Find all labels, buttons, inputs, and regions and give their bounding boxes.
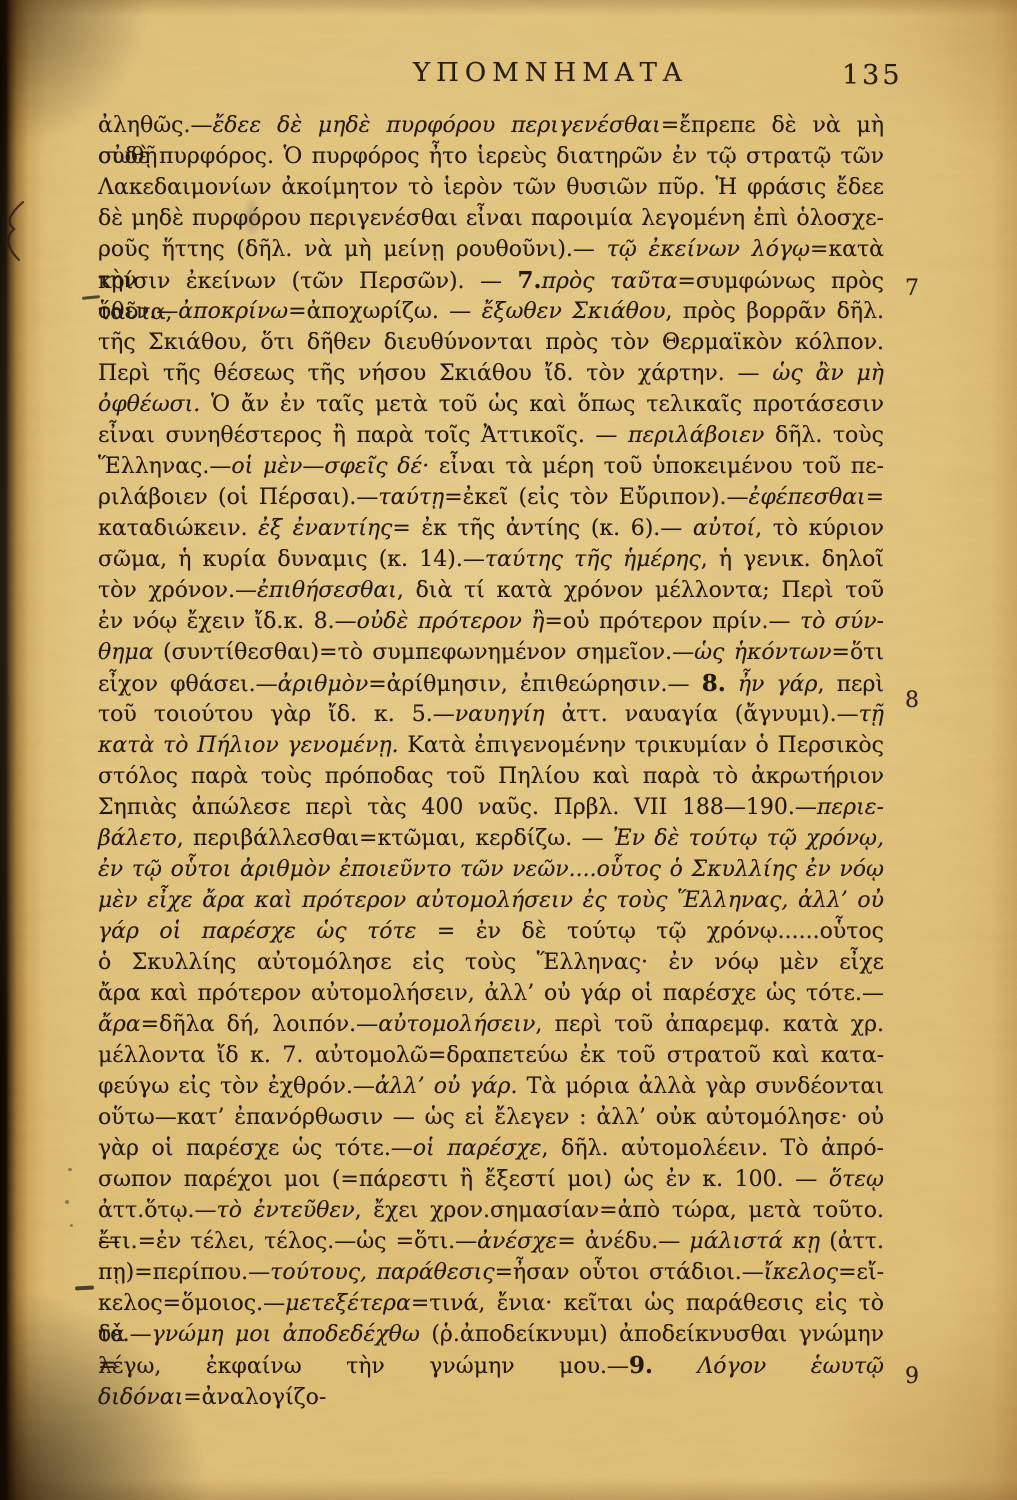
- paper-speck: [68, 1168, 72, 1171]
- text-segment: ἔδεε δὲ μηδὲ πυρφόρου περιγενέσθαι: [212, 113, 660, 138]
- text-line: καταδιώκειν. ἐξ ἐναντίης= ἐκ τῆς ἀντίης …: [98, 513, 884, 544]
- text-segment: =ἀρίθμησιν, ἐπιθεώρησιν.—: [368, 672, 701, 697]
- text-segment: πῃ)=περίπου.—: [98, 1260, 270, 1285]
- text-line: ὁ Σκυλλίης αὐτομόλησε εἰς τοὺς Ἕλληνας· …: [98, 947, 884, 978]
- text-segment: κελος=ὅμοιος.—: [98, 1291, 285, 1316]
- text-segment: Ἐν δὲ τούτῳ τῷ χρόνῳ,: [613, 826, 884, 851]
- text-segment: ἔτι.=ἐν τέλει, τέλος.—ὡς =ὅτι.—: [98, 1229, 477, 1254]
- text-segment: ἀνέσχε: [477, 1229, 557, 1254]
- text-line: Σηπιὰς ἀπώλεσε περὶ τὰς 400 ναῦς. Πρβλ. …: [98, 792, 884, 823]
- text-segment: δῆλ. τοὺς: [764, 423, 884, 448]
- text-segment: ριλάβοιεν (οἱ Πέρσαι).—: [98, 485, 378, 510]
- text-segment: τὸ σύν-: [800, 609, 884, 634]
- text-segment: ἀλλ’ οὐ γάρ.: [375, 1074, 518, 1099]
- paper-speck: [70, 1224, 73, 1227]
- text-segment: ὁ Σκυλλίης αὐτομόλησε εἰς τοὺς Ἕλληνας· …: [98, 950, 884, 975]
- text-segment: ἐξ ἐναντίης: [258, 516, 392, 541]
- text-segment: ἐφέπεσθαι: [749, 485, 866, 510]
- text-segment: τῆς Σκιάθου, ὅτι δῆθεν διευθύνονται πρὸς…: [98, 330, 884, 355]
- text-segment: , περὶ τοῦ ἀπαρεμφ. κατὰ χρ.: [535, 1012, 884, 1037]
- text-segment: ἄρα: [98, 1012, 141, 1037]
- text-line: ἐν νόῳ ἔχειν ἴδ.κ. 8.—οὐδὲ πρότερον ἢ=οὐ…: [98, 606, 884, 637]
- text-segment: θημα: [98, 640, 154, 665]
- text-segment: =εἴ-: [838, 1260, 884, 1285]
- text-line: ἔτι.=ἐν τέλει, τέλος.—ὡς =ὅτι.—ἀνέσχε= ἀ…: [98, 1226, 884, 1257]
- text-segment: οἱ παρέσχε: [413, 1136, 542, 1161]
- text-segment: γνώμη μοι ἀποδεδέχθω: [152, 1322, 420, 1347]
- text-segment: μὲν εἶχε ἄρα καὶ πρότερον αὐτομολήσειν ἐ…: [98, 888, 884, 913]
- text-segment: τοῦ τοιούτου γὰρ ἴδ. κ. 5.—: [98, 702, 455, 727]
- text-line: ὅθεν.—ἀποκρίνω=ἀποχωρίζω. — ἔξωθεν Σκιάθ…: [98, 296, 884, 327]
- text-segment: ἀττ. ναυαγία (ἄγνυμι).—: [545, 702, 859, 727]
- text-line: κατὰ τὸ Πήλιον γενομένῃ. Κατὰ ἐπιγενομέν…: [98, 730, 884, 761]
- text-segment: λέγω, ἐκφαίνω τὴν γνώμην μου.—: [98, 1354, 629, 1379]
- text-line: τὸν χρόνον.—ἐπιθήσεσθαι, διὰ τί κατὰ χρό…: [98, 575, 884, 606]
- text-line: στόλος παρὰ τοὺς πρόποδας τοῦ Πηλίου καὶ…: [98, 761, 884, 792]
- text-line: ἄρα καὶ πρότερον αὐτομολήσειν, ἀλλ’ οὐ γ…: [98, 978, 884, 1009]
- text-segment: πρὸς ταῦτα: [542, 269, 678, 294]
- text-line: λέγω, ἐκφαίνω τὴν γνώμην μου.—9. Λόγον ἑ…: [98, 1350, 884, 1381]
- margin-section-number-8: 8: [894, 688, 930, 713]
- ink-stain-mark: [243, 196, 261, 238]
- text-line: φεύγω εἰς τὸν ἐχθρόν.—ἀλλ’ οὐ γάρ. Τὰ μό…: [98, 1071, 884, 1102]
- text-segment: , περιβάλλεσθαι=κτῶμαι, κερδίζω. —: [177, 826, 613, 851]
- text-line: εἶναι συνηθέστερος ἢ παρὰ τοῖς Ἀττικοῖς.…: [98, 420, 884, 451]
- margin-section-number-7: 7: [894, 276, 930, 301]
- text-segment: [653, 1354, 697, 1379]
- text-segment: εἶχον φθάσει.—: [98, 672, 278, 697]
- text-segment: ἀποκρίνω: [178, 299, 288, 324]
- text-segment: , πρὸς βορρᾶν δῆλ.: [666, 299, 884, 324]
- text-segment: =ἀποχωρίζω. —: [288, 299, 481, 324]
- text-line: σῶμα, ἡ κυρία δυναμις (κ. 14).—ταύτης τῆ…: [98, 544, 884, 575]
- page-edge-crease: [0, 196, 32, 268]
- text-segment: σῶμα, ἡ κυρία δυναμις (κ. 14).—: [98, 547, 485, 572]
- text-line: εἶχον φθάσει.—ἀριθμὸν=ἀρίθμησιν, ἐπιθεώρ…: [98, 668, 884, 699]
- text-segment: μάλιστά κῃ: [689, 1229, 820, 1254]
- text-segment: ταύτῃ: [378, 485, 444, 510]
- text-segment: ὀφθέωσι.: [98, 392, 200, 417]
- text-segment: ἴκελος: [764, 1260, 838, 1285]
- text-segment: τὸν χρόνον.—: [98, 578, 257, 603]
- text-line: γάρ οἱ παρέσχε ὡς τότε = ἐν δὲ τούτῳ τῷ …: [98, 916, 884, 947]
- text-segment: Ἕλληνας.—: [98, 454, 231, 479]
- text-line: ὀφθέωσι. Ὁ ἄν ἐν ταῖς μετὰ τοῦ ὡς καὶ ὅπ…: [98, 389, 884, 420]
- text-segment: οὐδὲ πυρφόρος. Ὁ πυρφόρος ἦτο ἱερεὺς δια…: [98, 144, 884, 169]
- text-segment: =: [866, 485, 884, 510]
- text-segment: , δῆλ. αὐτομολέειν. Τὸ ἀπρό-: [542, 1136, 885, 1161]
- text-segment: , ἡ γενικ. δηλοῖ: [701, 547, 884, 572]
- text-segment: τούτους, παράθεσις: [270, 1260, 494, 1285]
- text-segment: ὅτεῳ: [829, 1167, 884, 1192]
- text-line: οὐδὲ πυρφόρος. Ὁ πυρφόρος ἦτο ἱερεὺς δια…: [98, 141, 884, 172]
- text-line: ἐν τῷ οὗτοι ἀριθμὸν ἐποιεῦντο τῶν νεῶν..…: [98, 854, 884, 885]
- text-line: οὕτω—κατ’ ἐπανόρθωσιν — ὡς εἰ ἔλεγεν : ἀ…: [98, 1102, 884, 1133]
- text-segment: (ἀττ.: [820, 1229, 884, 1254]
- text-line: γὰρ οἱ παρέσχε ὡς τότε.—οἱ παρέσχε, δῆλ.…: [98, 1133, 884, 1164]
- text-segment: σωπον παρέχοι μοι (=πάρεστι ἢ ἔξεστί μοι…: [98, 1167, 829, 1192]
- text-line: ριλάβοιεν (οἱ Πέρσαι).—ταύτῃ=ἐκεῖ (εἰς τ…: [98, 482, 884, 513]
- text-segment: ἐπιθήσεσθαι: [257, 578, 397, 603]
- text-segment: κατὰ τὸ Πήλιον γενομένῃ.: [98, 733, 399, 758]
- text-segment: φεύγω εἰς τὸν ἐχθρόν.—: [98, 1074, 375, 1099]
- text-segment: τῷ ἐκείνων λόγῳ: [607, 237, 810, 262]
- text-segment: εἶναι συνηθέστερος ἢ παρὰ τοῖς Ἀττικοῖς.…: [98, 423, 628, 448]
- text-line: ροῦς ἥττης (δῆλ. νὰ μὴ μείνῃ ρουθοῦνι).—…: [98, 234, 884, 265]
- text-segment: Κατὰ ἐπιγενομένην τρικυμίαν ὁ Περσικὸς: [399, 733, 884, 758]
- text-segment: Τὰ μόρια ἀλλὰ γὰρ συνδέονται: [517, 1074, 884, 1099]
- text-line: ἄρα=δῆλα δή, λοιπόν.—αὐτομολήσειν, περὶ …: [98, 1009, 884, 1040]
- text-segment: γὰρ οἱ παρέσχε ὡς τότε.—: [98, 1136, 413, 1161]
- text-line: κρίσιν ἐκείνων (τῶν Περσῶν). — 7.πρὸς τα…: [98, 265, 884, 296]
- text-segment: αὐτομολήσειν: [378, 1012, 535, 1037]
- text-segment: οὕτω—κατ’ ἐπανόρθωσιν — ὡς εἰ ἔλεγεν : ἀ…: [98, 1105, 884, 1130]
- text-segment: (συντίθεσθαι)=τὸ συμπεφωνημένον σημεῖον.…: [154, 640, 695, 665]
- pencil-dash-mark: [75, 1286, 94, 1290]
- text-line: Λακεδαιμονίων ἀκοίμητον τὸ ἱερὸν τῶν θυσ…: [98, 172, 884, 203]
- text-segment: [726, 672, 738, 697]
- section-number: 9.: [629, 1352, 653, 1379]
- text-line: πῃ)=περίπου.—τούτους, παράθεσις=ἦσαν οὗτ…: [98, 1257, 884, 1288]
- text-line: ἀττ.ὅτῳ.—τὸ ἐντεῦθεν, ἔχει χρον.σημασίαν…: [98, 1195, 884, 1226]
- body-text: ἀληθῶς.—ἔδεε δὲ μηδὲ πυρφόρου περιγενέσθ…: [98, 110, 884, 1381]
- text-line: τοῦ τοιούτου γὰρ ἴδ. κ. 5.—ναυηγίη ἀττ. …: [98, 699, 884, 730]
- text-segment: κρίσιν ἐκείνων (τῶν Περσῶν). —: [98, 269, 518, 294]
- text-segment: ὡς ἂν μὴ: [772, 361, 884, 386]
- text-segment: αὐτοί: [693, 516, 755, 541]
- text-segment: καταδιώκειν.: [98, 516, 258, 541]
- text-segment: ἔξωθεν Σκιάθου: [482, 299, 666, 324]
- text-segment: =ἦσαν οὗτοι στάδιοι.—: [495, 1260, 764, 1285]
- text-line: δέ.—γνώμη μοι ἀποδεδέχθω (ῥ.ἀποδείκνυμι)…: [98, 1319, 884, 1350]
- text-segment: βάλετο: [98, 826, 177, 851]
- text-segment: = ἐν δὲ τούτῳ τῷ χρόνῳ......οὗτος: [416, 919, 884, 944]
- text-segment: , περὶ: [817, 672, 884, 697]
- text-segment: =ἀναλογίζο-: [183, 1385, 326, 1410]
- text-segment: Λακεδαιμονίων ἀκοίμητον τὸ ἱερὸν τῶν θυσ…: [98, 175, 884, 200]
- text-segment: =ἐκεῖ (εἰς τὸν Εὔριπον).—: [444, 485, 748, 510]
- text-segment: , τὸ κύριον: [755, 516, 884, 541]
- text-segment: =ὅτι: [832, 640, 884, 665]
- text-segment: ὡς ἡκόντων: [694, 640, 831, 665]
- text-line: τῆς Σκιάθου, ὅτι δῆθεν διευθύνονται πρὸς…: [98, 327, 884, 358]
- text-line: θημα (συντίθεσθαι)=τὸ συμπεφωνημένον σημ…: [98, 637, 884, 668]
- text-line: Περὶ τῆς θέσεως τῆς νήσου Σκιάθου ἴδ. τὸ…: [98, 358, 884, 389]
- text-segment: ἀττ.ὅτῳ.—: [98, 1198, 217, 1223]
- text-segment: Ὁ ἄν ἐν ταῖς μετὰ τοῦ ὡς καὶ ὅπως τελικα…: [200, 392, 884, 417]
- text-segment: τὸ ἐντεῦθεν: [217, 1198, 355, 1223]
- text-segment: ναυηγίη: [455, 702, 545, 727]
- text-segment: ἀληθῶς.—: [98, 113, 212, 138]
- text-segment: γάρ οἱ παρέσχε ὡς τότε: [98, 919, 416, 944]
- text-segment: μέλλοντα ἴδ κ. 7. αὐτομολῶ=δραπετεύω ἐκ …: [98, 1043, 884, 1068]
- text-segment: ἄρα καὶ πρότερον αὐτομολήσειν, ἀλλ’ οὐ γ…: [98, 981, 884, 1006]
- margin-section-number-9: 9: [894, 1364, 930, 1389]
- text-segment: τῇ: [859, 702, 884, 727]
- section-number: 7.: [518, 267, 542, 294]
- text-segment: δέ.—: [98, 1322, 152, 1347]
- text-segment: ταύτης τῆς ἡμέρης: [485, 547, 701, 572]
- text-line: μὲν εἶχε ἄρα καὶ πρότερον αὐτομολήσειν ἐ…: [98, 885, 884, 916]
- text-segment: Περὶ τῆς θέσεως τῆς νήσου Σκιάθου ἴδ. τὸ…: [98, 361, 772, 386]
- text-segment: περιλάβοιεν: [628, 423, 764, 448]
- text-line: ἀληθῶς.—ἔδεε δὲ μηδὲ πυρφόρου περιγενέσθ…: [98, 110, 884, 141]
- text-line: μέλλοντα ἴδ κ. 7. αὐτομολῶ=δραπετεύω ἐκ …: [98, 1040, 884, 1071]
- page-number: 135: [842, 60, 903, 91]
- text-segment: = ἀνέδυ.—: [557, 1229, 689, 1254]
- running-header: ΥΠΟΜΝΗΜΑΤΑ 135: [0, 0, 1017, 100]
- text-segment: Σηπιὰς ἀπώλεσε περὶ τὰς 400 ναῦς. Πρβλ. …: [98, 795, 817, 820]
- text-segment: περιε-: [817, 795, 884, 820]
- text-segment: οὐδὲ πρότερον ἢ: [357, 609, 545, 634]
- text-segment: μετεξέτερα: [285, 1291, 411, 1316]
- text-segment: =δῆλα δή, λοιπόν.—: [141, 1012, 379, 1037]
- text-segment: ὅθεν.—: [98, 299, 178, 324]
- text-segment: = ἐκ τῆς ἀντίης (κ. 6).—: [392, 516, 693, 541]
- paper-speck: [65, 1200, 69, 1204]
- text-segment: ἀριθμὸν: [278, 672, 369, 697]
- text-segment: ἐν τῷ οὗτοι ἀριθμὸν ἐποιεῦντο τῶν νεῶν..…: [98, 857, 884, 882]
- text-segment: στόλος παρὰ τοὺς πρόποδας τοῦ Πηλίου καὶ…: [98, 764, 884, 789]
- running-header-title: ΥΠΟΜΝΗΜΑΤΑ: [413, 58, 688, 88]
- text-line: σωπον παρέχοι μοι (=πάρεστι ἢ ἔξεστί μοι…: [98, 1164, 884, 1195]
- text-segment: δὲ μηδὲ πυρφόρου περιγενέσθαι εἶναι παρο…: [98, 206, 884, 231]
- text-segment: =οὐ πρότερον πρίν.—: [544, 609, 799, 634]
- text-line: βάλετο, περιβάλλεσθαι=κτῶμαι, κερδίζω. —…: [98, 823, 884, 854]
- text-line: κελος=ὅμοιος.—μετεξέτερα=τινά, ἔνια· κεῖ…: [98, 1288, 884, 1319]
- text-segment: οἱ μὲν—σφεῖς δέ·: [231, 454, 429, 479]
- text-line: δὲ μηδὲ πυρφόρου περιγενέσθαι εἶναι παρο…: [98, 203, 884, 234]
- text-segment: εἶναι τὰ μέρη τοῦ ὑποκειμένου τοῦ πε-: [429, 454, 884, 479]
- section-number: 8.: [702, 670, 726, 697]
- text-segment: , διὰ τί κατὰ χρόνον μέλλοντα; Περὶ τοῦ: [397, 578, 884, 603]
- book-page: ΥΠΟΜΝΗΜΑΤΑ 135 ἀληθῶς.—ἔδεε δὲ μηδὲ πυρφ…: [0, 0, 1017, 1500]
- text-segment: ροῦς ἥττης (δῆλ. νὰ μὴ μείνῃ ρουθοῦνι).—: [98, 237, 607, 262]
- text-line: Ἕλληνας.—οἱ μὲν—σφεῖς δέ· εἶναι τὰ μέρη …: [98, 451, 884, 482]
- text-segment: ἦν γάρ: [738, 672, 818, 697]
- text-segment: ἐν νόῳ ἔχειν ἴδ.κ. 8.—: [98, 609, 357, 634]
